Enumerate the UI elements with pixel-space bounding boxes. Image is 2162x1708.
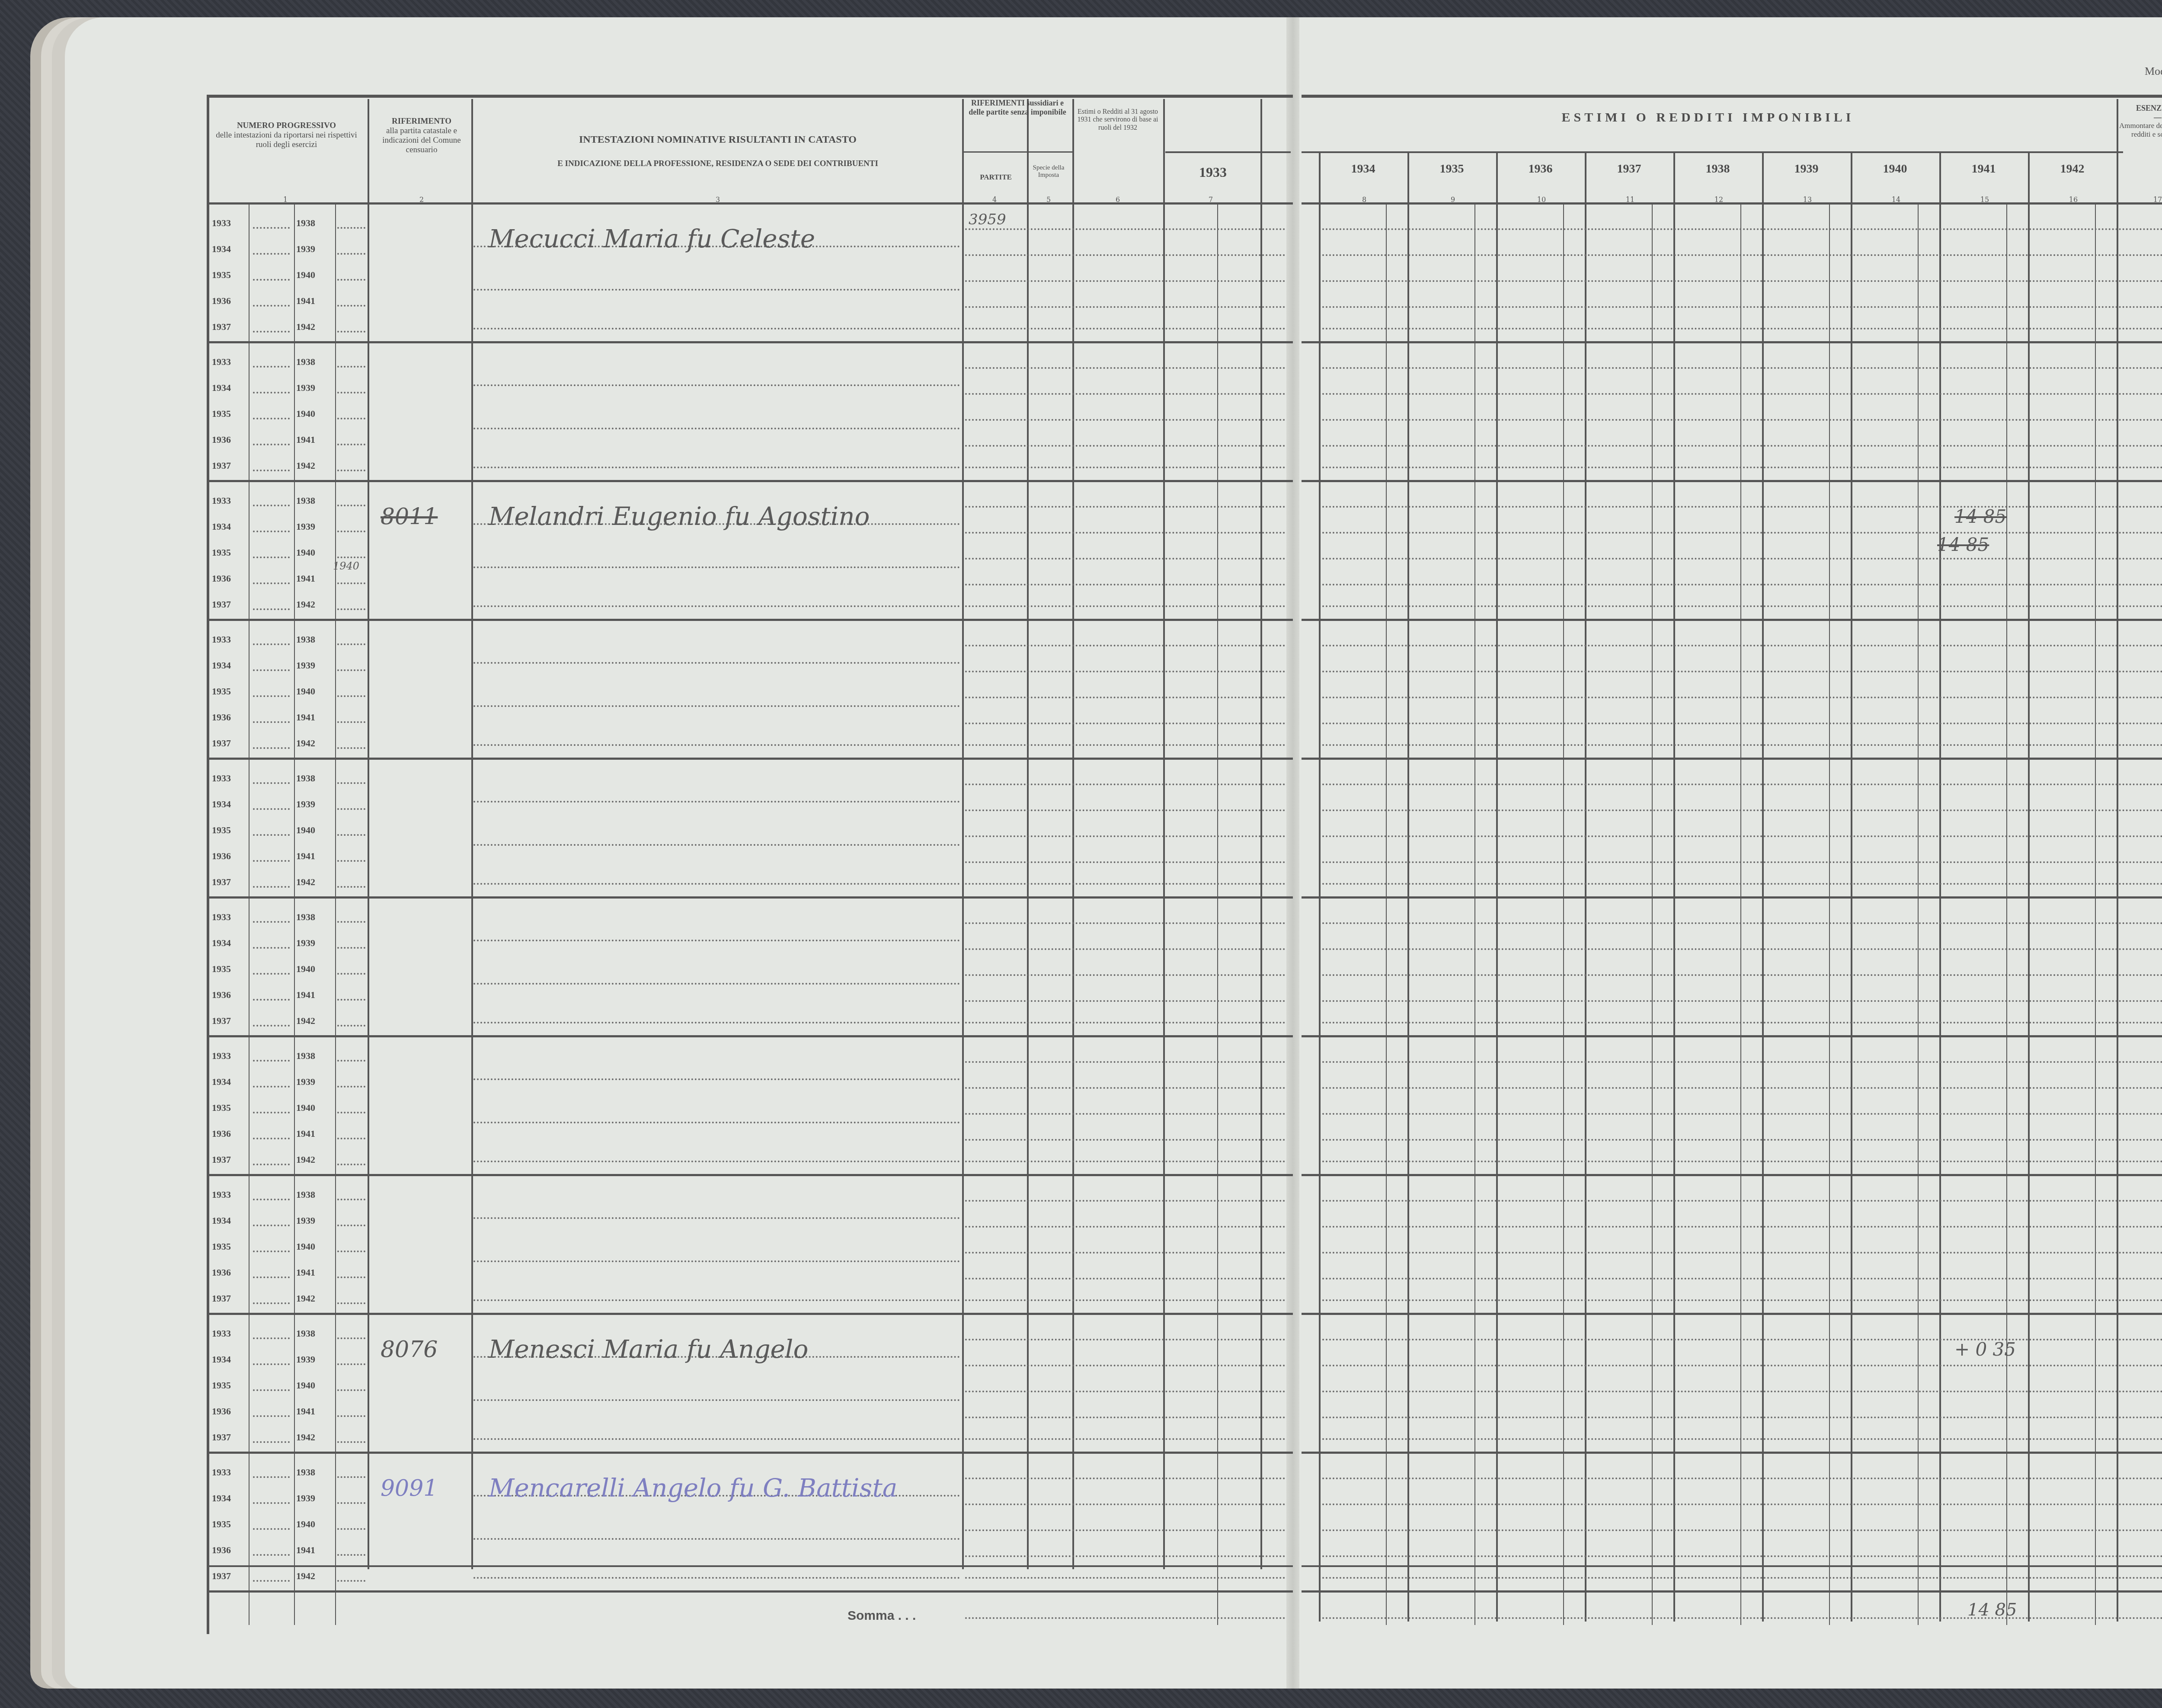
dotted-rule (965, 948, 1285, 950)
year-label: 1934 (212, 243, 231, 255)
year-label: 1939 (296, 799, 315, 810)
year-label: 1936 (212, 989, 231, 1001)
dotted-rule (473, 1577, 960, 1579)
year-label: 1938 (296, 217, 315, 229)
year-col-num: 12 (1710, 195, 1727, 204)
dotted-rule (473, 1078, 960, 1080)
year-label: 1942 (296, 1293, 315, 1304)
year-label: 1942 (296, 1015, 315, 1027)
year-label: 1933 (212, 1189, 231, 1200)
dotted-rule (1322, 1000, 2162, 1002)
year-label: 1937 (212, 1154, 231, 1165)
dotted-rule (337, 1389, 365, 1391)
rule-line (1302, 1590, 2162, 1593)
year-label: 1933 (212, 1050, 231, 1062)
year-label: 1935 (212, 547, 231, 558)
year-label: 1940 (296, 1102, 315, 1113)
year-label: 1934 (212, 1493, 231, 1504)
dotted-rule (965, 1226, 1285, 1228)
year-label: 1933 (212, 912, 231, 923)
year-header-1938: 1938 (1673, 162, 1762, 176)
column-line (1740, 202, 1741, 1625)
year-label: 1939 (296, 1493, 315, 1504)
value-1941: 14 85 (1954, 506, 2006, 527)
dotted-rule (253, 1164, 290, 1165)
rule-line (1302, 202, 2162, 205)
dotted-rule (1322, 922, 2162, 924)
dotted-rule (473, 662, 960, 664)
dotted-rule (337, 669, 365, 671)
dotted-rule (337, 531, 365, 532)
dotted-rule (473, 1161, 960, 1162)
dotted-rule (473, 1538, 960, 1540)
rule-line (1302, 758, 2162, 760)
year-label: 1939 (296, 1076, 315, 1087)
dotted-rule (473, 940, 960, 941)
dotted-rule (1322, 1022, 2162, 1024)
dotted-rule (337, 366, 365, 368)
year-label: 1935 (212, 825, 231, 836)
dotted-rule (1322, 1299, 2162, 1301)
dotted-rule (1322, 419, 2162, 421)
dotted-rule (965, 723, 1285, 724)
rule-line (1302, 151, 2123, 153)
year-label: 1933 (212, 356, 231, 368)
dotted-rule (965, 1417, 1285, 1418)
year-col-num: 13 (1799, 195, 1816, 204)
year-label: 1938 (296, 634, 315, 645)
rule-line (207, 758, 1293, 760)
year-label: 1937 (212, 599, 231, 610)
year-label: 1937 (212, 1432, 231, 1443)
year-label: 1936 (212, 1545, 231, 1556)
rule-line (207, 480, 1293, 482)
book-gutter (1286, 17, 1299, 1689)
year-label: 1935 (212, 1380, 231, 1391)
year-label: 1941 (296, 712, 315, 723)
column-line (1217, 202, 1218, 1625)
dotted-rule (965, 1139, 1285, 1141)
dotted-rule (253, 279, 290, 281)
year-col-num: 8 (1356, 195, 1373, 204)
contributor-name: Mencarelli Angelo fu G. Battista (489, 1473, 897, 1503)
dotted-rule (253, 1554, 290, 1556)
dotted-rule (965, 1113, 1285, 1115)
dotted-rule (253, 418, 290, 419)
dotted-rule (253, 608, 290, 610)
dotted-rule (1322, 1061, 2162, 1063)
column-line (335, 202, 336, 1625)
col2-header: RIFERIMENTO alla partita catastale e ind… (372, 117, 471, 154)
dotted-rule (253, 1580, 290, 1582)
dotted-rule (1322, 883, 2162, 885)
year-label: 1936 (212, 1406, 231, 1417)
dotted-rule (965, 254, 1285, 256)
dotted-rule (1322, 506, 2162, 508)
dotted-rule (1322, 671, 2162, 672)
dotted-rule (337, 608, 365, 610)
rule-line (1302, 1313, 2162, 1315)
dotted-rule (253, 1302, 290, 1304)
dotted-rule (1322, 1478, 2162, 1479)
rule-line (207, 1590, 1293, 1593)
dotted-rule (1322, 306, 2162, 308)
dotted-rule (1322, 645, 2162, 646)
year-header-1940: 1940 (1851, 162, 1939, 176)
dotted-rule (965, 328, 1285, 329)
dotted-rule (965, 1252, 1285, 1254)
year-col-num: 14 (1887, 195, 1905, 204)
col17-header: ESENZIONI — Ammontare degli estimi o red… (2119, 104, 2162, 138)
dotted-rule (1322, 1113, 2162, 1115)
column-line (1939, 151, 1941, 1622)
col1-title: NUMERO PROGRESSIVO (212, 121, 361, 131)
dotted-rule (337, 1225, 365, 1226)
column-line (1563, 202, 1564, 1625)
rule-line (207, 341, 1293, 343)
dotted-rule (337, 1415, 365, 1417)
col3-title: INTESTAZIONI NOMINATIVE RISULTANTI IN CA… (480, 134, 956, 146)
dotted-rule (1322, 367, 2162, 369)
dotted-rule (965, 367, 1285, 369)
col17-title: ESENZIONI (2119, 104, 2162, 113)
dotted-rule (337, 444, 365, 445)
year-label: 1933 (212, 1467, 231, 1478)
year-label: 1939 (296, 1354, 315, 1365)
dotted-rule (1322, 228, 2162, 230)
dotted-rule (965, 1617, 1285, 1619)
year-label: 1935 (212, 1102, 231, 1113)
dotted-rule (1322, 1087, 2162, 1089)
dotted-rule (337, 886, 365, 888)
dotted-rule (965, 974, 1285, 976)
estimi-group-title: ESTIMI O REDDITI IMPONIBILI (1319, 110, 2097, 125)
dotted-rule (253, 1112, 290, 1113)
partite-number: 3959 (969, 211, 1006, 228)
dotted-rule (1322, 861, 2162, 863)
column-line (1851, 151, 1852, 1622)
dotted-rule (1322, 1503, 2162, 1505)
rule-line (1302, 341, 2162, 343)
year-label: 1938 (296, 495, 315, 506)
dotted-rule (337, 582, 365, 584)
dotted-rule (337, 392, 365, 393)
dotted-rule (965, 861, 1285, 863)
year-label: 1936 (212, 851, 231, 862)
dotted-rule (473, 328, 960, 329)
dotted-rule (253, 582, 290, 584)
column-line (1474, 202, 1475, 1625)
year-label: 1940 (296, 963, 315, 975)
dotted-rule (337, 947, 365, 949)
dotted-rule (965, 419, 1285, 421)
year-label: 1941 (296, 573, 315, 584)
dotted-rule (965, 506, 1285, 508)
dotted-rule (337, 418, 365, 419)
year-label: 1937 (212, 321, 231, 333)
column-line (2095, 202, 2096, 1625)
year-label: 1935 (212, 1241, 231, 1252)
dotted-rule (337, 1554, 365, 1556)
year-label: 1935 (212, 1519, 231, 1530)
rule-line (1165, 151, 1291, 153)
dotted-rule (253, 331, 290, 333)
col1-subtitle: delle intestazioni da riportarsi nei ris… (212, 131, 361, 150)
year-label: 1942 (296, 1570, 315, 1582)
total-1941: 14 85 (1967, 1600, 2017, 1620)
dotted-rule (965, 1299, 1285, 1301)
dotted-rule (473, 1122, 960, 1123)
year-label: 1942 (296, 1154, 315, 1165)
dotted-rule (253, 557, 290, 558)
dotted-rule (337, 227, 365, 229)
rule-line (207, 1452, 1293, 1454)
dotted-rule (253, 1251, 290, 1252)
year-label: 1936 (212, 434, 231, 445)
dotted-rule (337, 505, 365, 506)
dotted-rule (253, 1528, 290, 1530)
value-1941: + 0 35 (1954, 1339, 2016, 1360)
column-line (1163, 99, 1165, 1569)
dotted-rule (253, 366, 290, 368)
year-label: 1941 (296, 989, 315, 1001)
dotted-rule (337, 860, 365, 862)
dotted-rule (253, 921, 290, 923)
year-col-num: 10 (1533, 195, 1550, 204)
dotted-rule (965, 835, 1285, 837)
partita-ref: 9091 (381, 1475, 438, 1501)
col5-title: Specie della Imposta (1027, 164, 1070, 179)
dotted-rule (965, 605, 1285, 607)
dotted-rule (337, 1528, 365, 1530)
dotted-rule (337, 1441, 365, 1443)
year-label: 1935 (212, 686, 231, 697)
year-label: 1938 (296, 773, 315, 784)
dotted-rule (1322, 1365, 2162, 1366)
dotted-rule (337, 643, 365, 645)
dotted-rule (1322, 1200, 2162, 1202)
dotted-rule (1322, 1577, 2162, 1579)
dotted-rule (965, 1278, 1285, 1279)
dotted-rule (1322, 393, 2162, 395)
col6-title: Estimi o Redditi al 31 agosto 1931 che s… (1072, 108, 1163, 132)
col3-num: 3 (709, 195, 726, 204)
col17-dash: — (2119, 113, 2162, 122)
column-line (2117, 99, 2118, 1569)
column-line (1319, 151, 1321, 1622)
year-header-1942: 1942 (2028, 162, 2117, 176)
dotted-rule (337, 1086, 365, 1087)
rule-line (207, 202, 1293, 205)
value-1941-corrected: 14 85 (1937, 534, 1989, 555)
dotted-rule (473, 289, 960, 291)
col7-num: 7 (1202, 195, 1219, 204)
dotted-rule (473, 844, 960, 846)
dotted-rule (1322, 1226, 2162, 1228)
dotted-rule (337, 1251, 365, 1252)
dotted-rule (253, 747, 290, 749)
col2-title: RIFERIMENTO (372, 117, 471, 126)
dotted-rule (337, 253, 365, 255)
rule-line (1302, 1452, 2162, 1454)
year-label: 1939 (296, 382, 315, 393)
column-line (1585, 151, 1586, 1622)
dotted-rule (253, 808, 290, 810)
year-label: 1941 (296, 434, 315, 445)
dotted-rule (337, 721, 365, 723)
col1-num: 1 (277, 195, 294, 204)
year-label: 1942 (296, 460, 315, 471)
dotted-rule (1322, 1139, 2162, 1141)
year-label: 1941 (296, 1128, 315, 1139)
dotted-rule (473, 705, 960, 707)
year-label: 1934 (212, 937, 231, 949)
year-label: 1940 (296, 1380, 315, 1391)
column-line (1407, 151, 1409, 1622)
year-label: 1934 (212, 1354, 231, 1365)
dotted-rule (337, 1060, 365, 1062)
rule-line (207, 1035, 1293, 1037)
dotted-rule (337, 1302, 365, 1304)
dotted-rule (1322, 744, 2162, 746)
rule-line (207, 1174, 1293, 1176)
year-label: 1937 (212, 1570, 231, 1582)
col3-subtitle: E INDICAZIONE DELLA PROFESSIONE, RESIDEN… (480, 159, 956, 169)
year-col-num: 11 (1621, 195, 1639, 204)
dotted-rule (473, 983, 960, 985)
column-line (2028, 151, 2030, 1622)
dotted-rule (473, 467, 960, 468)
col4-num: 4 (986, 195, 1003, 204)
dotted-rule (253, 721, 290, 723)
dotted-rule (1322, 605, 2162, 607)
year-label: 1939 (296, 243, 315, 255)
dotted-rule (253, 782, 290, 784)
dotted-rule (337, 1138, 365, 1139)
dotted-rule (253, 253, 290, 255)
dotted-rule (253, 1276, 290, 1278)
rule-line (1302, 480, 2162, 482)
year-label: 1938 (296, 1050, 315, 1062)
dotted-rule (965, 1339, 1285, 1340)
rule-line (1302, 619, 2162, 621)
dotted-rule (965, 784, 1285, 785)
dotted-rule (1322, 1438, 2162, 1440)
rule-line (1302, 896, 2162, 899)
year-label: 1933 (212, 634, 231, 645)
dotted-rule (337, 1502, 365, 1504)
dotted-rule (253, 695, 290, 697)
rule-line (207, 1565, 1293, 1567)
column-line (962, 99, 964, 1569)
year-label: 1938 (296, 912, 315, 923)
dotted-rule (965, 645, 1285, 646)
year-header-1939: 1939 (1762, 162, 1851, 176)
dotted-rule (965, 922, 1285, 924)
column-line (207, 95, 209, 1634)
dotted-rule (473, 1217, 960, 1219)
dotted-rule (965, 1555, 1285, 1557)
dotted-rule (253, 531, 290, 532)
year-label: 1936 (212, 295, 231, 307)
col4-title: PARTITE (963, 173, 1028, 182)
year-label: 1941 (296, 1267, 315, 1278)
contributor-name: Mecucci Maria fu Celeste (489, 224, 815, 253)
dotted-rule (965, 1391, 1285, 1392)
year-header-1936: 1936 (1496, 162, 1585, 176)
dotted-rule (1322, 280, 2162, 282)
year-label: 1936 (212, 1128, 231, 1139)
year-label: 1942 (296, 321, 315, 333)
year-label: 1934 (212, 521, 231, 532)
dotted-rule (253, 1337, 290, 1339)
dotted-rule (1322, 974, 2162, 976)
col6-num: 6 (1109, 195, 1126, 204)
col5-num: 5 (1040, 195, 1057, 204)
dotted-rule (253, 860, 290, 862)
dotted-rule (253, 444, 290, 445)
dotted-rule (337, 1025, 365, 1027)
dotted-rule (337, 747, 365, 749)
dotted-rule (965, 280, 1285, 282)
dotted-rule (1322, 835, 2162, 837)
dotted-rule (1322, 1339, 2162, 1340)
dotted-rule (253, 886, 290, 888)
dotted-rule (253, 669, 290, 671)
dotted-rule (337, 1112, 365, 1113)
dotted-rule (1322, 467, 2162, 468)
year-label: 1938 (296, 1189, 315, 1200)
column-line (1673, 151, 1675, 1622)
dotted-rule (965, 393, 1285, 395)
dotted-rule (337, 973, 365, 975)
dotted-rule (473, 1260, 960, 1262)
dotted-rule (337, 921, 365, 923)
column-line (1762, 151, 1764, 1622)
dotted-rule (965, 883, 1285, 885)
dotted-rule (253, 643, 290, 645)
dotted-rule (965, 558, 1285, 560)
dotted-rule (253, 1476, 290, 1478)
year-label: 1933 (212, 217, 231, 229)
column-line (1386, 202, 1387, 1625)
year-label: 1940 (296, 547, 315, 558)
dotted-rule (1322, 1529, 2162, 1531)
dotted-rule (965, 1161, 1285, 1162)
riferimenti-group: RIFERIMENTI sussidiari e delle partite s… (963, 99, 1071, 116)
year-label: 1937 (212, 738, 231, 749)
dotted-rule (1322, 723, 2162, 724)
partita-ref: 8011 (381, 504, 438, 530)
rule-line (962, 151, 1072, 153)
year-label: 1936 (212, 573, 231, 584)
year-label: 1937 (212, 1015, 231, 1027)
year-label: 1934 (212, 1215, 231, 1226)
dotted-rule (337, 1476, 365, 1478)
dotted-rule (253, 1415, 290, 1417)
dotted-rule (965, 809, 1285, 811)
dotted-rule (473, 801, 960, 803)
year-label: 1934 (212, 382, 231, 393)
dotted-rule (337, 331, 365, 333)
dotted-rule (1322, 254, 2162, 256)
dotted-rule (253, 1441, 290, 1443)
column-line (1652, 202, 1653, 1625)
rule-line (1302, 1174, 2162, 1176)
year-label: 1936 (212, 712, 231, 723)
column-line (1829, 202, 1830, 1625)
dotted-rule (1322, 445, 2162, 447)
